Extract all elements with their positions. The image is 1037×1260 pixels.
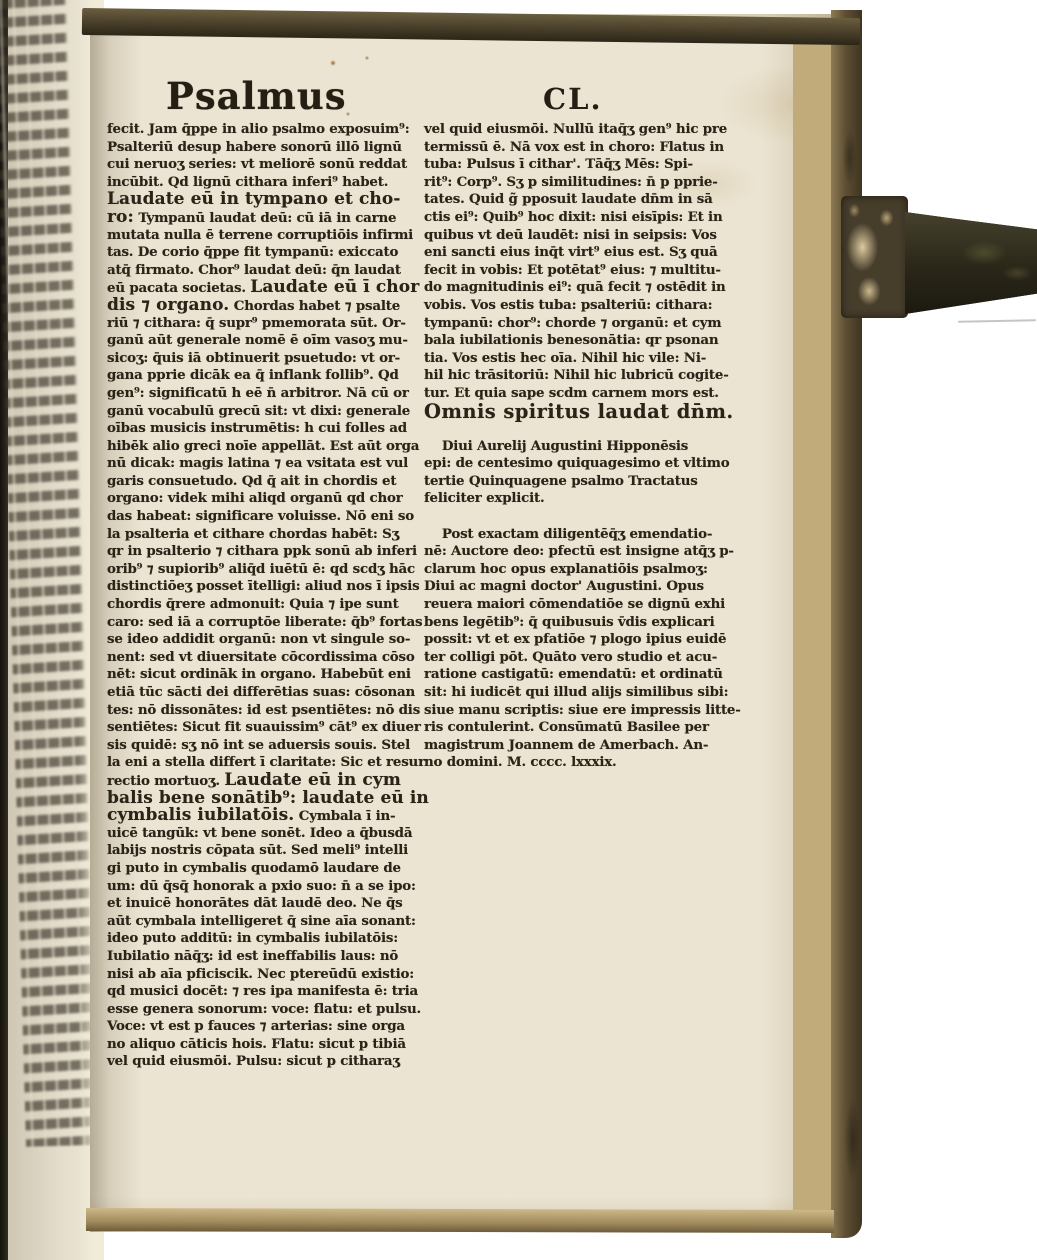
body-text: bala iubilationis benesonātia: qr psonan	[424, 332, 718, 348]
body-text: tas. De corio q̄ppe fit tympanū: exiccat…	[107, 244, 398, 260]
body-text: reuera maiori cōmendatiōe se dignū exhi	[424, 596, 725, 612]
body-text: epi: de centesimo quiquagesimo et vltimo	[424, 455, 729, 471]
body-text: Iubilatio nāq̄ʒ: id est ineffabilis laus…	[107, 948, 398, 964]
body-text: tur. Et quia sape scdm carnem mors est.	[424, 385, 719, 401]
text-line: Voce: vt est p fauces ⁊ arterias: sine o…	[107, 1018, 409, 1036]
fore-edge-pages	[793, 32, 833, 1218]
text-line: esse genera sonorum: voce: flatu: et pul…	[107, 1001, 409, 1019]
body-text: nisi ab aīa pficiscik. Nec ptereūdū exis…	[107, 966, 414, 982]
text-line: termissū ē. Nā vox est in choro: Flatus …	[424, 139, 726, 157]
text-line: distinctiōeʒ posset ītelligi: aliud nos …	[107, 578, 409, 596]
lemma-text: dis ⁊ organo.	[107, 295, 229, 315]
body-text: mutata nulla ē terrene corruptiōis infir…	[107, 227, 413, 243]
text-line: tympanū: chor⁹: chorde ⁊ organū: et cym	[424, 315, 726, 333]
psalm-number: CL.	[543, 82, 603, 116]
body-text: eni sancti eius inq̄t virt⁹ eius est. Sʒ…	[424, 244, 717, 260]
body-text: sit: hi iudicēt qui illud alijs similibu…	[424, 684, 728, 700]
text-line: et inuicē honorātes dāt laudē deo. Ne q̄…	[107, 895, 409, 913]
text-line: ideo puto additū: in cymbalis iubilatōis…	[107, 930, 409, 948]
body-text: vel quid eiusmōi. Nullū itaq̄ʒ gen⁹ hic …	[424, 121, 727, 137]
text-line: bala iubilationis benesonātia: qr psonan	[424, 332, 726, 350]
text-line: reuera maiori cōmendatiōe se dignū exhi	[424, 596, 726, 614]
body-text: bens legētib⁹: q̄ quibusuis v̄dis explic…	[424, 614, 715, 630]
lemma-text: Omnis spiritus laudat dn̄m.	[424, 400, 734, 423]
text-line: no domini. M. cccc. lxxxix.	[424, 754, 726, 772]
text-line: tuba: Pulsus ī cithar'. Tāq̄ʒ Mēs: Spi-	[424, 156, 726, 174]
bottom-edge-band	[86, 1208, 834, 1233]
text-line: Diui Aurelij Augustini Hipponēsis	[424, 438, 726, 456]
lemma-text: ro:	[107, 207, 134, 227]
body-text: rectio mortuoʒ.	[107, 773, 224, 789]
text-line: um: dū q̄sq̄ honorak a pxio suo: n̄ a se…	[107, 878, 409, 896]
text-line: clarum hoc opus explanatiōis psalmoʒ:	[424, 561, 726, 579]
text-line: sentiētes: Sicut fit suauissim⁹ cāt⁹ ex …	[107, 719, 409, 737]
text-line: Diui ac magni doctor' Augustini. Opus	[424, 578, 726, 596]
text-line: no aliquo cāticis hois. Flatu: sicut p t…	[107, 1036, 409, 1054]
text-line: vel quid eiusmōi. Nullū itaq̄ʒ gen⁹ hic …	[424, 121, 726, 139]
text-line: nū dicak: magis latina ⁊ ea vsitata est …	[107, 455, 409, 473]
cover-board-edge	[831, 10, 862, 1238]
text-line: ratione castigatū: emendatū: et ordinatū	[424, 666, 726, 684]
text-line: uicē tangūk: vt bene sonēt. Ideo a q̄bus…	[107, 825, 409, 843]
body-text: ris contulerint. Consūmatū Basilee per	[424, 719, 709, 735]
text-line: labijs nostris cōpata sūt. Sed meli⁹ int…	[107, 842, 409, 860]
lemma-text: Laudate eū ī chor	[250, 277, 419, 297]
body-text: do magnitudinis ei⁹: quā fecit ⁊ ostēdit…	[424, 279, 726, 295]
text-line: eni sancti eius inq̄t virt⁹ eius est. Sʒ…	[424, 244, 726, 262]
body-text: orib⁹ ⁊ supiorib⁹ aliq̄d iuētū ē: qd scd…	[107, 561, 415, 577]
text-line: nē: Auctore deo: pfectū est insigne atq̄…	[424, 543, 726, 561]
clasp-catch-plate	[841, 196, 908, 318]
body-text: ganū vocabulū grecū sit: vt dixi: genera…	[107, 403, 410, 419]
text-line: etiā tūc sācti dei differētias suas: cōs…	[107, 684, 409, 702]
body-text: um: dū q̄sq̄ honorak a pxio suo: n̄ a se…	[107, 878, 416, 894]
body-text: organo: videk mihi aliqd organū qd chor	[107, 490, 403, 506]
body-text: gi puto in cymbalis quodamō laudare de	[107, 860, 401, 876]
body-text: riū ⁊ cithara: q̄ supr⁹ pmemorata sūt. O…	[107, 315, 406, 331]
body-text: esse genera sonorum: voce: flatu: et pul…	[107, 1001, 421, 1017]
body-text: cui neruoʒ series: vt meliorē sonū redda…	[107, 156, 407, 172]
body-text: atq̄ firmato. Chor⁹ laudat deū: q̄n laud…	[107, 262, 401, 278]
body-text: clarum hoc opus explanatiōis psalmoʒ:	[424, 561, 708, 577]
text-line: do magnitudinis ei⁹: quā fecit ⁊ ostēdit…	[424, 279, 726, 297]
body-text: tuba: Pulsus ī cithar'. Tāq̄ʒ Mēs: Spi-	[424, 156, 693, 172]
text-line: caro: sed iā a corruptōe liberate: q̄b⁹ …	[107, 614, 409, 632]
text-line: mutata nulla ē terrene corruptiōis infir…	[107, 227, 409, 245]
text-line: la psalteria et cithare chordas habēt: S…	[107, 526, 409, 544]
body-text: vel quid eiusmōi. Pulsu: sicut p cithara…	[107, 1053, 400, 1069]
body-text: ideo puto additū: in cymbalis iubilatōis…	[107, 930, 398, 946]
body-text: nēt: sicut ordināk in organo. Habebūt en…	[107, 666, 411, 682]
text-line: orib⁹ ⁊ supiorib⁹ aliq̄d iuētū ē: qd scd…	[107, 561, 409, 579]
text-line: sit: hi iudicēt qui illud alijs similibu…	[424, 684, 726, 702]
body-text: aūt cymbala intelligeret q̄ sine aīa son…	[107, 913, 416, 929]
body-text: Voce: vt est p fauces ⁊ arterias: sine o…	[107, 1018, 405, 1034]
text-line: dis ⁊ organo. Chordas habet ⁊ psalte	[107, 297, 409, 315]
text-line: gana pprie dicāk ea q̄ inflank follib⁹. …	[107, 367, 409, 385]
clasp-strap	[905, 212, 1037, 314]
text-line: nēt: sicut ordināk in organo. Habebūt en…	[107, 666, 409, 684]
body-text: vobis. Vos estis tuba: psalteriū: cithar…	[424, 297, 712, 313]
body-text: tympanū: chor⁹: chorde ⁊ organū: et cym	[424, 315, 721, 331]
body-text: magistrum Joannem de Amerbach. An-	[424, 737, 708, 753]
text-line: sicoʒ: q̄uis iā obtinuerit psuetudo: vt …	[107, 350, 409, 368]
body-text: ter colligi pōt. Quāto vero studio et ac…	[424, 649, 717, 665]
text-line	[424, 508, 726, 526]
body-text: quibus vt deū laudēt: nisi in seipsis: V…	[424, 227, 717, 243]
text-line: Omnis spiritus laudat dn̄m.	[424, 403, 726, 421]
body-text: garis consuetudo. Qd q̄ ait in chordis e…	[107, 473, 396, 489]
text-line: fecit. Jam q̄ppe in alio psalmo exposuim…	[107, 121, 409, 139]
body-text: la eni a stella differt ī claritate: Sic…	[107, 754, 425, 770]
text-line: riū ⁊ cithara: q̄ supr⁹ pmemorata sūt. O…	[107, 315, 409, 333]
text-line: das habeat: significare voluisse. Nō eni…	[107, 508, 409, 526]
text-line: hibēk alio greci noīe appellāt. Est aūt …	[107, 438, 409, 456]
text-line: ganū vocabulū grecū sit: vt dixi: genera…	[107, 403, 409, 421]
text-line: quibus vt deū laudēt: nisi in seipsis: V…	[424, 227, 726, 245]
text-line: tia. Vos estis hec oīa. Nihil hic vile: …	[424, 350, 726, 368]
text-line: bens legētib⁹: q̄ quibusuis v̄dis explic…	[424, 614, 726, 632]
text-line: Iubilatio nāq̄ʒ: id est ineffabilis laus…	[107, 948, 409, 966]
body-text: tates. Quid g̃ pposuit laudate dn̄m in s…	[424, 191, 713, 207]
text-line: ro: Tympanū laudat deū: cū iā in carne	[107, 209, 409, 227]
text-line: gen⁹: significatū h eē n̄ arbitror. Nā c…	[107, 385, 409, 403]
body-text: se ideo addidit organū: non vt singule s…	[107, 631, 410, 647]
body-text: tertie Quinquagene psalmo Tractatus	[424, 473, 698, 489]
body-text: gana pprie dicāk ea q̄ inflank follib⁹. …	[107, 367, 399, 383]
text-line: magistrum Joannem de Amerbach. An-	[424, 737, 726, 755]
text-line: cymbalis iubilatōis. Cymbala ī in-	[107, 807, 409, 825]
text-line: epi: de centesimo quiquagesimo et vltimo	[424, 455, 726, 473]
body-text: hibēk alio greci noīe appellāt. Est aūt …	[107, 438, 419, 454]
body-text: fecit. Jam q̄ppe in alio psalmo exposuim…	[107, 121, 409, 137]
body-text: nē: Auctore deo: pfectū est insigne atq̄…	[424, 543, 734, 559]
body-text: et inuicē honorātes dāt laudē deo. Ne q̄…	[107, 895, 402, 911]
text-line: tas. De corio q̄ppe fit tympanū: exiccat…	[107, 244, 409, 262]
text-line: ris contulerint. Consūmatū Basilee per	[424, 719, 726, 737]
body-text: das habeat: significare voluisse. Nō eni…	[107, 508, 414, 524]
text-line: possit: vt et ex pfatiōe ⁊ plogo ipius e…	[424, 631, 726, 649]
body-text: caro: sed iā a corruptōe liberate: q̄b⁹ …	[107, 614, 422, 630]
text-line: rit⁹: Corp⁹. Sʒ p similitudines: n̄ p pp…	[424, 174, 726, 192]
text-line: tates. Quid g̃ pposuit laudate dn̄m in s…	[424, 191, 726, 209]
body-text: Post exactam diligentēq̄ʒ emendatio-	[424, 526, 712, 542]
text-line: oības musicis instrumētis: h cui folles …	[107, 420, 409, 438]
body-text: qr in psalterio ⁊ cithara ppk sonū ab in…	[107, 543, 417, 559]
body-text: Diui Aurelij Augustini Hipponēsis	[424, 438, 688, 454]
running-title: Psalmus	[166, 74, 347, 118]
text-line: nent: sed vt diuersitate cōcordissima cō…	[107, 649, 409, 667]
lemma-text: Laudate eū in tympano et cho-	[107, 189, 400, 209]
body-text: ratione castigatū: emendatū: et ordinatū	[424, 666, 723, 682]
body-text: rit⁹: Corp⁹. Sʒ p similitudines: n̄ p pp…	[424, 174, 718, 190]
text-line: feliciter explicit.	[424, 490, 726, 508]
text-line: tertie Quinquagene psalmo Tractatus	[424, 473, 726, 491]
body-text: eū pacata societas.	[107, 280, 250, 296]
body-text: hil hic trāsitoriū: Nihil hic lubricū co…	[424, 367, 729, 383]
body-text: la psalteria et cithare chordas habēt: S…	[107, 526, 399, 542]
body-text: sicoʒ: q̄uis iā obtinuerit psuetudo: vt …	[107, 350, 400, 366]
body-text: nent: sed vt diuersitate cōcordissima cō…	[107, 649, 415, 665]
body-text: qd musici docēt: ⁊ res ipa manifesta ē: …	[107, 983, 418, 999]
body-text: distinctiōeʒ posset ītelligi: aliud nos …	[107, 578, 419, 594]
body-text: ganū aūt generale nomē ē oīm vasoʒ mu-	[107, 332, 408, 348]
text-line: sis quidē: sʒ nō int se aduersis souis. …	[107, 737, 409, 755]
text-line: ter colligi pōt. Quāto vero studio et ac…	[424, 649, 726, 667]
text-line: gi puto in cymbalis quodamō laudare de	[107, 860, 409, 878]
text-line: aūt cymbala intelligeret q̄ sine aīa son…	[107, 913, 409, 931]
body-text: gen⁹: significatū h eē n̄ arbitror. Nā c…	[107, 385, 409, 401]
text-line: chordis q̄rere admonuit: Quia ⁊ ipe sunt	[107, 596, 409, 614]
body-text: ctis ei⁹: Quib⁹ hoc dixit: nisi eisīpis:…	[424, 209, 722, 225]
body-text: termissū ē. Nā vox est in choro: Flatus …	[424, 139, 724, 155]
text-line: nisi ab aīa pficiscik. Nec ptereūdū exis…	[107, 966, 409, 984]
body-text: Cymbala ī in-	[294, 808, 395, 824]
body-text: sis quidē: sʒ nō int se aduersis souis. …	[107, 737, 410, 753]
lemma-text: cymbalis iubilatōis.	[107, 805, 294, 825]
text-line: ganū aūt generale nomē ē oīm vasoʒ mu-	[107, 332, 409, 350]
body-text: incūbit. Qd lignū cithara inferi⁹ habet.	[107, 174, 388, 190]
text-line: Post exactam diligentēq̄ʒ emendatio-	[424, 526, 726, 544]
text-line: cui neruoʒ series: vt meliorē sonū redda…	[107, 156, 409, 174]
book-page: Psalmus CL. fecit. Jam q̄ppe in alio psa…	[90, 14, 832, 1232]
body-text: no domini. M. cccc. lxxxix.	[424, 754, 616, 770]
body-text: Psalteriū desup habere sonorū illō lignū	[107, 139, 402, 155]
body-text: feliciter explicit.	[424, 490, 544, 506]
clasp-shadow-line	[958, 319, 1036, 323]
body-text: Tympanū laudat deū: cū iā in carne	[134, 210, 397, 226]
body-text: sentiētes: Sicut fit suauissim⁹ cāt⁹ ex …	[107, 719, 421, 735]
text-line: organo: videk mihi aliqd organū qd chor	[107, 490, 409, 508]
text-line: qr in psalterio ⁊ cithara ppk sonū ab in…	[107, 543, 409, 561]
body-text: possit: vt et ex pfatiōe ⁊ plogo ipius e…	[424, 631, 726, 647]
text-line: garis consuetudo. Qd q̄ ait in chordis e…	[107, 473, 409, 491]
body-text: tia. Vos estis hec oīa. Nihil hic vile: …	[424, 350, 706, 366]
book-photo: Psalmus CL. fecit. Jam q̄ppe in alio psa…	[0, 0, 1037, 1260]
text-line: qd musici docēt: ⁊ res ipa manifesta ē: …	[107, 983, 409, 1001]
text-line: vel quid eiusmōi. Pulsu: sicut p cithara…	[107, 1053, 409, 1071]
body-text: siue manu scriptis: siue ere impressis l…	[424, 702, 741, 718]
body-text: nū dicak: magis latina ⁊ ea vsitata est …	[107, 455, 408, 471]
body-text: etiā tūc sācti dei differētias suas: cōs…	[107, 684, 415, 700]
body-text: Diui ac magni doctor' Augustini. Opus	[424, 578, 704, 594]
body-text: fecit in vobis: Et potētat⁹ eius: ⁊ mult…	[424, 262, 721, 278]
body-text: labijs nostris cōpata sūt. Sed meli⁹ int…	[107, 842, 408, 858]
text-line: vobis. Vos estis tuba: psalteriū: cithar…	[424, 297, 726, 315]
text-line: fecit in vobis: Et potētat⁹ eius: ⁊ mult…	[424, 262, 726, 280]
text-column-right: vel quid eiusmōi. Nullū itaq̄ʒ gen⁹ hic …	[424, 121, 726, 772]
text-line: Laudate eū in tympano et cho-	[107, 191, 409, 209]
text-line: se ideo addidit organū: non vt singule s…	[107, 631, 409, 649]
body-text: tes: nō dissonātes: id est psentiētes: n…	[107, 702, 420, 718]
text-line: siue manu scriptis: siue ere impressis l…	[424, 702, 726, 720]
text-line: ctis ei⁹: Quib⁹ hoc dixit: nisi eisīpis:…	[424, 209, 726, 227]
text-column-left: fecit. Jam q̄ppe in alio psalmo exposuim…	[107, 121, 409, 1071]
body-text: Chordas habet ⁊ psalte	[229, 298, 400, 314]
body-text: oības musicis instrumētis: h cui folles …	[107, 420, 407, 436]
body-text: no aliquo cāticis hois. Flatu: sicut p t…	[107, 1036, 406, 1052]
body-text: uicē tangūk: vt bene sonēt. Ideo a q̄bus…	[107, 825, 412, 841]
body-text: chordis q̄rere admonuit: Quia ⁊ ipe sunt	[107, 596, 399, 612]
text-line: hil hic trāsitoriū: Nihil hic lubricū co…	[424, 367, 726, 385]
text-line: tes: nō dissonātes: id est psentiētes: n…	[107, 702, 409, 720]
text-line: Psalteriū desup habere sonorū illō lignū	[107, 139, 409, 157]
